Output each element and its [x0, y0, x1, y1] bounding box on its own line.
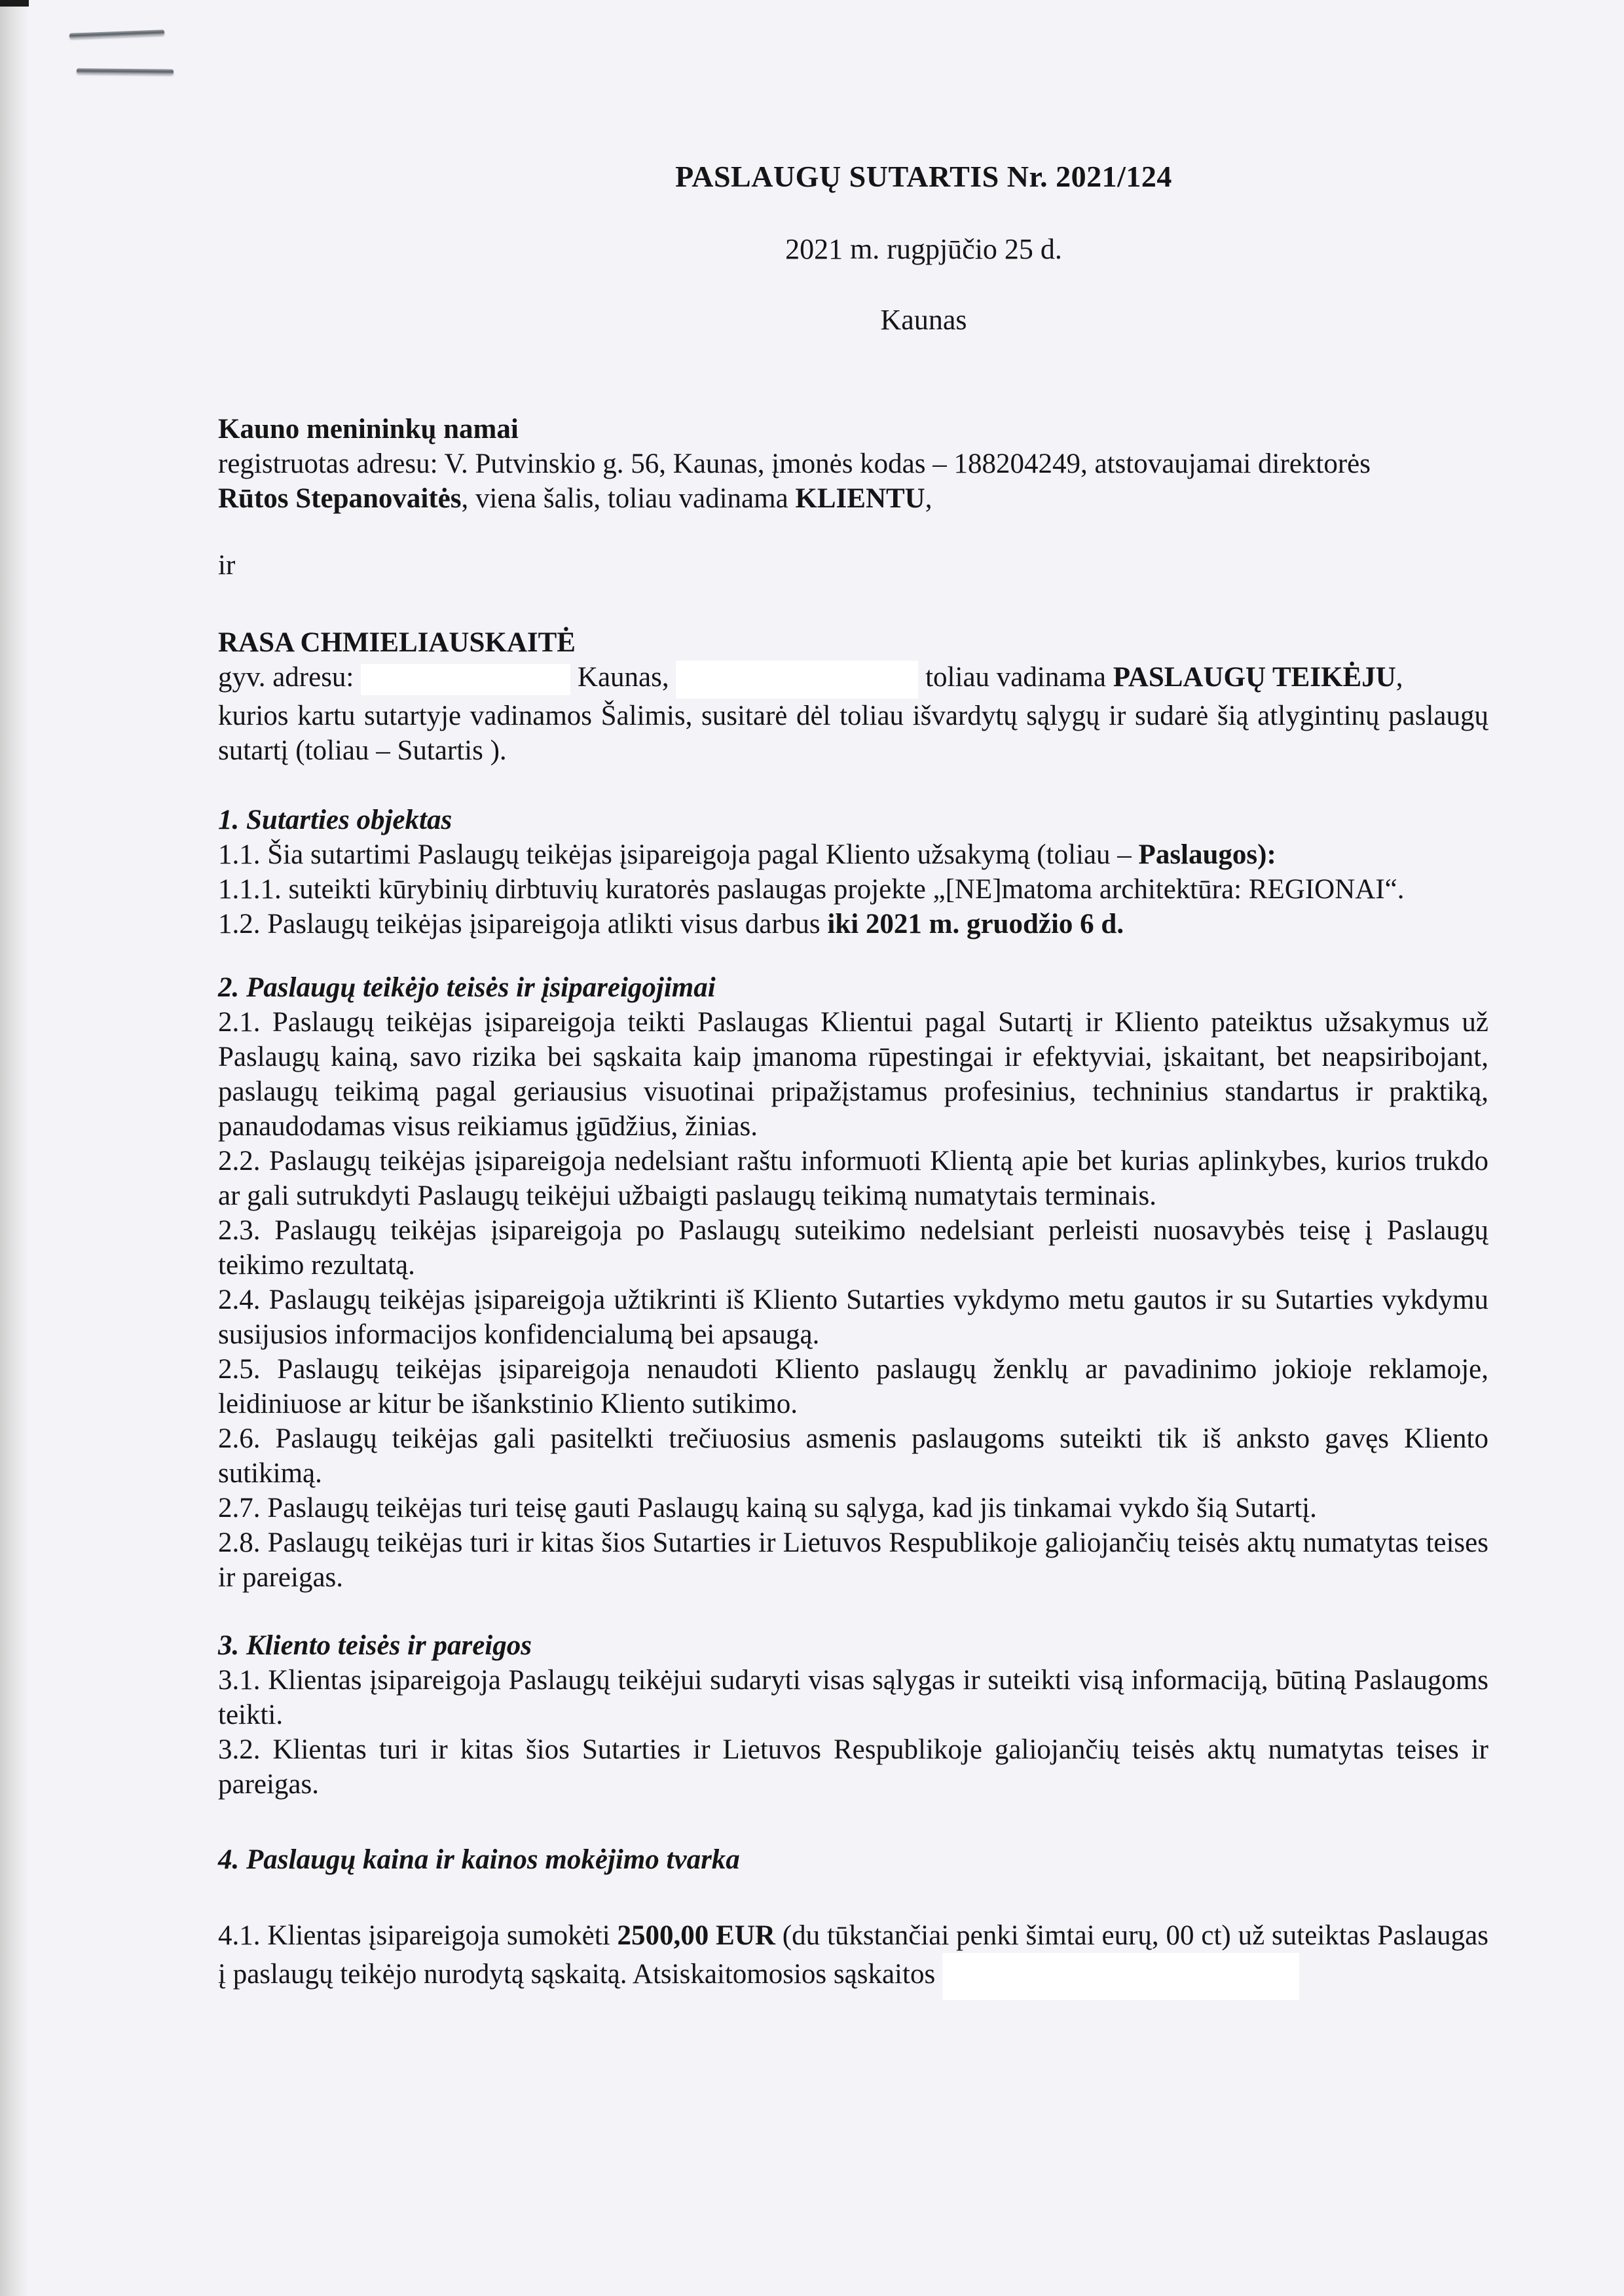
client-address: registruotas adresu: V. Putvinskio g. 56… — [218, 446, 1488, 481]
clause-2-1: 2.1. Paslaugų teikėjas įsipareigoja teik… — [218, 1005, 1488, 1144]
section-heading: 2. Paslaugų teikėjo teisės ir įsipareigo… — [218, 970, 1488, 1005]
redacted-bank-account — [942, 1953, 1299, 2000]
clause-1-1-1: 1.1.1. suteikti kūrybinių dirbtuvių kura… — [218, 872, 1488, 907]
section-4: 4. Paslaugų kaina ir kainos mokėjimo tva… — [218, 1842, 1488, 1877]
client-name: Kauno menininkų namai — [218, 412, 1488, 446]
punct: , — [1396, 662, 1403, 693]
document-title: PASLAUGŲ SUTARTIS Nr. 2021/124 — [218, 159, 1488, 194]
section-heading: 4. Paslaugų kaina ir kainos mokėjimo tva… — [218, 1842, 1488, 1877]
client-rep-name: Rūtos Stepanovaitės — [218, 483, 462, 514]
clause-4-1: 4.1. Klientas įsipareigoja sumokėti 2500… — [218, 1918, 1488, 2000]
document-date: 2021 m. rugpjūčio 25 d. — [218, 232, 1488, 266]
section-heading: 1. Sutarties objektas — [218, 803, 1488, 837]
staple-icon — [77, 68, 174, 75]
provider-line-text: toliau vadinama — [925, 662, 1113, 693]
redacted-personal-code — [676, 661, 918, 699]
clause-2-3: 2.3. Paslaugų teikėjas įsipareigoja po P… — [218, 1213, 1488, 1283]
section-2: 2. Paslaugų teikėjo teisės ir įsipareigo… — [218, 970, 1488, 1595]
clause-2-6: 2.6. Paslaugų teikėjas gali pasitelkti t… — [218, 1421, 1488, 1491]
clause-1-2: 1.2. Paslaugų teikėjas įsipareigoja atli… — [218, 907, 1488, 941]
clause-2-2: 2.2. Paslaugų teikėjas įsipareigoja nede… — [218, 1144, 1488, 1213]
clause-2-8: 2.8. Paslaugų teikėjas turi ir kitas šio… — [218, 1525, 1488, 1595]
client-role: KLIENTU — [795, 483, 925, 514]
provider-agreement-text: kurios kartu sutartyje vadinamos Šalimis… — [218, 699, 1488, 768]
conjunction: ir — [218, 548, 1488, 583]
price-amount: 2500,00 EUR — [618, 1920, 775, 1951]
clause-bold: Paslaugos): — [1139, 839, 1276, 870]
clause-text: 4.1. Klientas įsipareigoja sumokėti — [218, 1920, 618, 1951]
scan-edge-shadow — [0, 0, 29, 2296]
clause-2-7: 2.7. Paslaugų teikėjas turi teisę gauti … — [218, 1491, 1488, 1525]
client-line-text: , viena šalis, toliau vadinama — [462, 483, 796, 514]
provider-role: PASLAUGŲ TEIKĖJU — [1113, 662, 1396, 693]
clause-1-1: 1.1. Šia sutartimi Paslaugų teikėjas įsi… — [218, 837, 1488, 872]
clause-2-4: 2.4. Paslaugų teikėjas įsipareigoja užti… — [218, 1283, 1488, 1352]
section-1: 1. Sutarties objektas 1.1. Šia sutartimi… — [218, 803, 1488, 941]
provider-name: RASA CHMIELIAUSKAITĖ — [218, 625, 1488, 660]
address-city: Kaunas, — [578, 662, 669, 693]
client-representative-line: Rūtos Stepanovaitės, viena šalis, toliau… — [218, 481, 1488, 516]
punct: , — [925, 483, 932, 514]
client-party: Kauno menininkų namai registruotas adres… — [218, 412, 1488, 516]
redacted-street — [361, 664, 570, 695]
clause-bold: iki 2021 m. gruodžio 6 d. — [827, 909, 1124, 939]
document-city: Kaunas — [218, 303, 1488, 337]
clause-text: 1.2. Paslaugų teikėjas įsipareigoja atli… — [218, 909, 827, 939]
clause-2-5: 2.5. Paslaugų teikėjas įsipareigoja nena… — [218, 1352, 1488, 1421]
clause-3-2: 3.2. Klientas turi ir kitas šios Sutarti… — [218, 1732, 1488, 1802]
address-label: gyv. adresu: — [218, 662, 354, 693]
section-heading: 3. Kliento teisės ir pareigos — [218, 1628, 1488, 1663]
scan-corner — [0, 0, 29, 7]
clause-3-1: 3.1. Klientas įsipareigoja Paslaugų teik… — [218, 1663, 1488, 1732]
staple-icon — [69, 29, 164, 39]
section-3: 3. Kliento teisės ir pareigos 3.1. Klien… — [218, 1628, 1488, 1802]
provider-party: RASA CHMIELIAUSKAITĖ gyv. adresu: Kaunas… — [218, 625, 1488, 768]
clause-text: 1.1. Šia sutartimi Paslaugų teikėjas įsi… — [218, 839, 1139, 870]
provider-address-line: gyv. adresu: Kaunas, toliau vadinama PAS… — [218, 660, 1488, 699]
